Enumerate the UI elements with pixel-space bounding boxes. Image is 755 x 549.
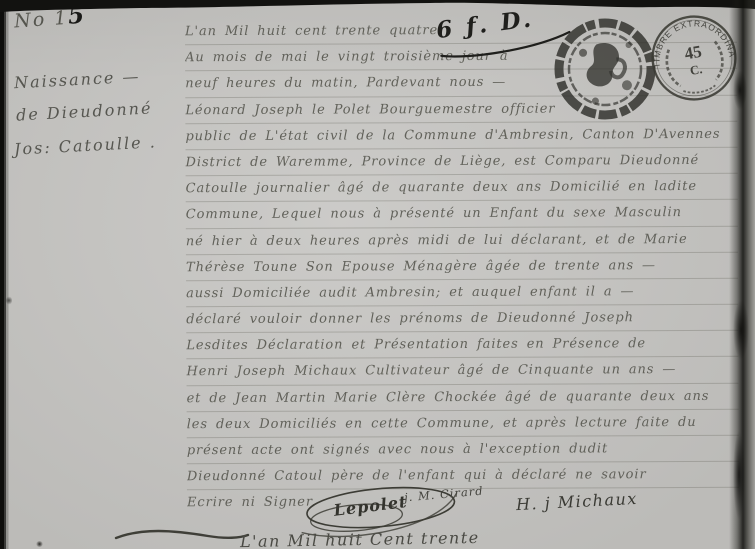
ink-speck: [6, 296, 12, 305]
binding-ink-blot: [733, 300, 749, 360]
act-text-line: Commune, Lequel nous à présenté un Enfan…: [186, 200, 738, 229]
margin-title-line: Naissance —: [14, 67, 141, 93]
act-text-line: Thérèse Toune Son Epouse Ménagère âgée d…: [186, 252, 738, 281]
tax-stamp-value: 45: [683, 42, 703, 64]
margin-title-line: Jos: Catoulle .: [14, 132, 158, 158]
act-text-line: Catoulle journalier âgé de quarante deux…: [186, 174, 738, 203]
binding-ink-blot: [733, 70, 747, 110]
act-text-line: présent acte ont signés avec nous à l'ex…: [187, 436, 739, 465]
scan-edge-left: [0, 0, 9, 549]
binding-ink-blot: [733, 430, 745, 520]
ink-speck: [36, 541, 43, 547]
act-text-line: né hier à deux heures après midi de lui …: [186, 226, 738, 255]
next-act-flourish: [112, 524, 252, 546]
tax-stamp-unit: C.: [689, 62, 703, 78]
act-text-line: déclaré vouloir donner les prénoms de Di…: [186, 305, 738, 334]
scan-edge-top: [0, 0, 755, 14]
next-act-partial-line: L'an Mil huit Cent trente: [240, 528, 480, 549]
act-text-line: les deux Domiciliés en cette Commune, et…: [187, 410, 739, 439]
act-text-line: aussi Domiciliée audit Ambresin; et auqu…: [186, 279, 738, 308]
register-page-scan: No 15 Naissance — de Dieudonné Jos: Cato…: [0, 0, 755, 549]
act-text-line: District de Waremme, Province de Liège, …: [185, 148, 737, 177]
act-text-line: Henri Joseph Michaux Cultivateur âgé de …: [186, 357, 738, 386]
margin-title-line: de Dieudonné: [16, 98, 153, 124]
act-text-line: et de Jean Martin Marie Clère Chockée âg…: [187, 383, 739, 412]
act-text-line: Lesdites Déclaration et Présentation fai…: [186, 331, 738, 360]
